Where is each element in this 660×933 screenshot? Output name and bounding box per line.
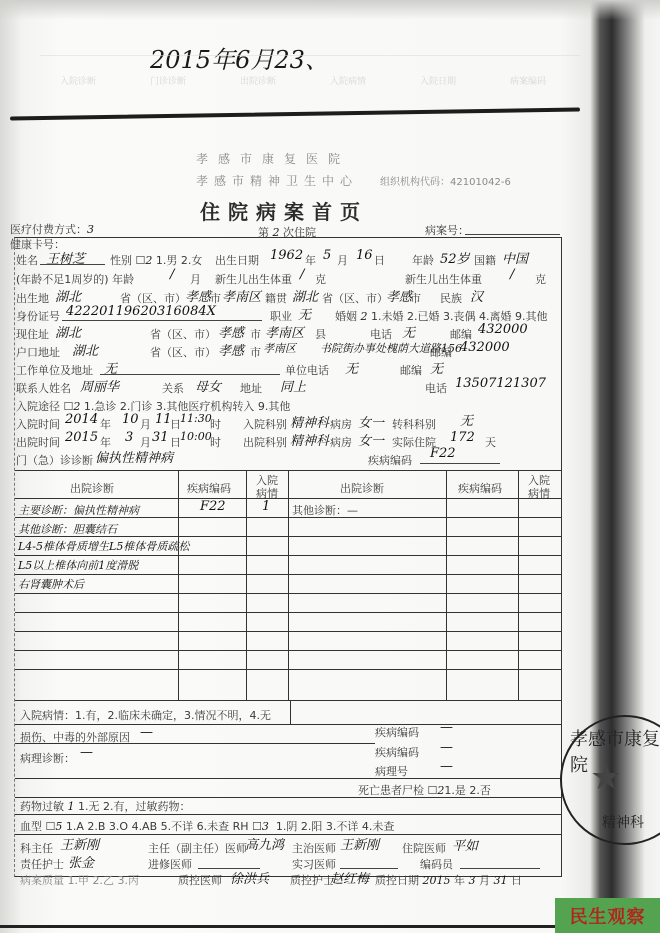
ward-label: 病房: [330, 434, 352, 450]
unit: 日: [374, 252, 385, 268]
payment-method: 医疗付费方式：3: [10, 221, 94, 237]
faint-text: 入院诊断: [60, 74, 96, 87]
diagnosis-row: 右肾囊肿术后: [18, 576, 84, 592]
hukou-county: 孝南区: [263, 340, 296, 356]
birth-year: 1962: [270, 248, 303, 263]
quality-field: 病案质量 1.甲 2.乙 3.丙: [20, 872, 139, 888]
qc-doctor-label: 质控医师: [178, 872, 222, 888]
outpatient-dx-label: 门（急）诊诊断: [16, 452, 93, 468]
newborn-weight2-label: 新生儿出生体重: [405, 271, 482, 287]
allergy-field: 药物过敏 1 1.无 2.有，过敏药物：: [20, 798, 191, 814]
qc-doctor-signature: 徐洪兵: [230, 868, 269, 887]
current-address-label: 现住址: [16, 326, 49, 342]
hukou-city: 孝感: [218, 340, 244, 359]
admit-month: 10: [122, 412, 139, 427]
unit: 月: [190, 271, 201, 287]
scan-edge: [0, 925, 555, 928]
newborn-weight2-value: /: [510, 267, 514, 282]
scanned-document: 2015年6月23、 入院诊断 门诊诊断 出院诊断 入院病情 入院日期 病案编码…: [0, 0, 660, 933]
unit: 市: [250, 326, 261, 342]
work-zip-value: 无: [430, 358, 443, 377]
hukou-province: 湖北: [72, 340, 98, 359]
transfer-value: 无: [460, 410, 473, 429]
row-line: [15, 669, 562, 670]
table-border: [290, 700, 291, 724]
row-line: [15, 778, 562, 779]
qc-nurse-label: 质控护士: [290, 872, 334, 888]
hukou-label: 户口地址: [16, 344, 60, 360]
underline: [100, 374, 280, 375]
occupation-value: 无: [298, 304, 311, 323]
table-border: [178, 470, 179, 700]
admit-dept-value: 精神科: [290, 412, 329, 431]
birthplace-province: 湖北: [55, 286, 81, 305]
col-header: 疾病编码: [187, 480, 231, 496]
diagnosis-code: F22: [200, 499, 226, 514]
page-title: 住院病案首页: [200, 196, 368, 225]
id-value: 42220119620316084X: [66, 304, 216, 319]
watermark: 民生观察: [555, 898, 660, 933]
qc-nurse-signature: 赵红梅: [330, 868, 369, 887]
contact-value: 周丽华: [80, 376, 119, 395]
row-line: [15, 743, 375, 744]
pathology-value: —: [80, 745, 93, 760]
disease-code-value: F22: [430, 446, 456, 461]
attending-label: 主治医师: [292, 840, 336, 856]
contact-phone-value: 13507121307: [455, 376, 546, 391]
unit: 月: [337, 252, 348, 268]
injury-value: —: [140, 725, 153, 740]
diagnosis-status: 1: [262, 499, 270, 514]
stamp-text: 精神科: [602, 812, 644, 832]
unit: 省（区、市）: [150, 344, 216, 360]
ethnicity-label: 民族: [440, 290, 462, 306]
stay-value: 172: [450, 430, 475, 445]
chief-doctor-signature: 高九鸿: [245, 834, 284, 853]
discharge-month: 3: [125, 430, 133, 445]
hospital-name: 孝感市康复医院: [196, 150, 350, 167]
table-border: [446, 470, 447, 700]
native-province: 湖北: [292, 286, 318, 305]
nurse-label: 责任护士: [20, 856, 64, 872]
sex-field: 性别 ☐2 1.男 2.女: [110, 252, 202, 268]
unit: 月: [140, 416, 151, 432]
discharge-ward: 女一: [358, 430, 384, 449]
admit-hour: 11:30: [180, 412, 212, 425]
infant-age-label: (年龄不足1周岁的) 年龄: [16, 271, 134, 287]
unit: 克: [535, 271, 546, 287]
phone-value: 无: [402, 322, 415, 341]
outpatient-dx-value: 偏执性精神病: [95, 447, 173, 466]
diagnosis-row: L5以上椎体向前1度滑脱: [18, 557, 138, 573]
chief-doctor-label: 主任（副主任）医师: [148, 840, 247, 856]
blood-type-field: 血型 ☐5 1.A 2.B 3.O 4.AB 5.不详 6.未查 RH ☐3 1…: [20, 818, 394, 834]
admission-status-legend: 入院病情：1.有，2.临床未确定，3.情况不明，4.无: [20, 707, 271, 723]
birthplace-city: 孝感: [185, 286, 211, 305]
contact-address-label: 地址: [240, 380, 262, 396]
resident-label: 住院医师: [402, 840, 446, 856]
pathology-label: 病理诊断：: [20, 750, 75, 766]
dept-head-signature: 王新刚: [60, 834, 99, 853]
current-address-province: 湖北: [55, 322, 81, 341]
table-border: [246, 470, 247, 700]
table-border: [288, 470, 289, 700]
discharge-dept-label: 出院科别: [243, 434, 287, 450]
disease-code-label: 疾病编码: [368, 452, 412, 468]
contact-label: 联系人姓名: [16, 380, 71, 396]
nationality-value: 中国: [502, 248, 528, 267]
hospital-subname: 孝感市精神卫生中心: [196, 172, 358, 189]
row-line: [15, 498, 562, 499]
discharge-dept-value: 精神科: [290, 430, 329, 449]
unit: 年: [100, 416, 111, 432]
diagnosis-row: 其他诊断：胆囊结石: [18, 521, 117, 537]
diagnosis-row: L4-5椎体骨质增生L5椎体骨质疏松: [18, 538, 189, 554]
unit: 年: [305, 252, 316, 268]
record-no-label: 病案号：: [425, 222, 469, 238]
stamp-text: 孝感市康复医院: [570, 725, 660, 777]
attending-signature: 王新刚: [340, 834, 379, 853]
autopsy-field: 死亡患者尸检 ☐21.是 2.否: [358, 782, 491, 798]
newborn-weight-label: 新生儿出生体重: [215, 271, 292, 287]
row-line: [15, 593, 562, 594]
admit-dept-label: 入院科别: [243, 416, 287, 432]
row-line: [15, 650, 562, 651]
contact-address-value: 同上: [280, 376, 306, 395]
pathology-no-value: —: [440, 759, 453, 774]
underline: [40, 264, 105, 265]
age-label: 年龄: [412, 252, 434, 268]
resident-signature: 平如: [452, 835, 478, 854]
record-no-field: [465, 234, 560, 235]
table-border: [518, 470, 519, 700]
birthplace-county: 孝南区: [222, 286, 261, 305]
admit-ward: 女一: [358, 412, 384, 431]
row-line: [15, 631, 562, 632]
underline: [62, 320, 262, 321]
birth-month: 5: [323, 248, 331, 263]
underline: [460, 868, 540, 869]
hukou-zip: 432000: [460, 340, 510, 355]
native-city: 孝感: [386, 286, 412, 305]
row-line: [15, 555, 562, 556]
row-line: [15, 724, 562, 725]
faint-text: 门诊诊断: [150, 74, 186, 87]
admission-route: 入院途径 ☐2 1.急诊 2.门诊 3.其他医疗机构转入 9.其他: [16, 398, 290, 414]
row-line: [15, 700, 562, 701]
current-zip: 432000: [478, 322, 528, 337]
row-line: [15, 612, 562, 613]
transfer-label: 转科科别: [392, 416, 436, 432]
col-header: 疾病编码: [458, 480, 502, 496]
nationality-label: 国籍: [474, 252, 496, 268]
current-address-county: 孝南区: [265, 322, 304, 341]
discharge-hour: 10:00: [180, 430, 212, 443]
col-header: 出院诊断: [340, 480, 384, 496]
unit: 省（区、市）: [322, 290, 388, 306]
faint-text: 病案编码: [510, 74, 546, 87]
pathology-no-label: 病理号: [375, 763, 408, 779]
native-label: 籍贯: [265, 290, 287, 306]
work-zip-label: 邮编: [400, 362, 422, 378]
unit: 省（区、市）: [150, 326, 216, 342]
row-line: [15, 574, 562, 575]
admit-time-label: 入院时间: [16, 416, 60, 432]
underline: [420, 463, 500, 464]
dept-head-label: 科主任: [20, 840, 53, 856]
age-value: 52岁: [440, 248, 470, 267]
injury-code-label: 疾病编码: [375, 724, 419, 740]
qc-date: 质控日期 2015 年 3 月 31 日: [375, 872, 522, 888]
discharge-day: 31: [152, 430, 169, 445]
unit: 时: [210, 434, 221, 450]
injury-code-value: —: [440, 720, 453, 735]
visiting-doctor-label: 进修医师: [148, 856, 192, 872]
faint-text: 出院诊断: [240, 74, 276, 87]
infant-age-value: /: [170, 267, 174, 282]
ward-label: 病房: [330, 416, 352, 432]
unit: 市: [250, 344, 261, 360]
diagnosis-row: 主要诊断：偏执性精神病: [18, 502, 139, 518]
col-header: 出院诊断: [70, 480, 114, 496]
scan-shadow: [0, 0, 660, 20]
discharge-year: 2015: [65, 430, 98, 445]
col-header: 入院病情: [255, 474, 279, 500]
coder-label: 编码员: [420, 856, 453, 872]
nurse-signature: 张金: [68, 852, 94, 871]
unit: 克: [315, 271, 326, 287]
birth-day: 16: [356, 248, 373, 263]
newborn-weight-value: /: [300, 267, 304, 282]
work-phone-value: 无: [345, 358, 358, 377]
ethnicity-value: 汉: [470, 286, 483, 305]
other-diagnosis: 其他诊断：—: [292, 502, 358, 518]
pathology-code-value: —: [440, 740, 453, 755]
hospital-stamp: ★ 孝感市康复医院 精神科: [560, 715, 660, 845]
id-label: 身份证号: [16, 308, 60, 324]
pathology-code-label: 疾病编码: [375, 744, 419, 760]
org-code: 组织机构代码：42101042-6: [380, 173, 511, 188]
birthplace-label: 出生地: [16, 290, 49, 306]
admit-year: 2014: [65, 412, 98, 427]
discharge-time-label: 出院时间: [16, 434, 60, 450]
relation-label: 关系: [162, 380, 184, 396]
current-address-city: 孝感: [218, 322, 244, 341]
unit: 市: [410, 290, 421, 306]
name-label: 姓名: [16, 252, 38, 268]
faint-text: 入院日期: [420, 74, 456, 87]
contact-phone-label: 电话: [425, 380, 447, 396]
faint-text: 入院病情: [330, 74, 366, 87]
birth-label: 出生日期: [215, 252, 259, 268]
unit: 天: [485, 434, 496, 450]
relation-value: 母女: [195, 376, 221, 395]
row-line: [15, 814, 562, 815]
col-header: 入院病情: [527, 474, 551, 500]
